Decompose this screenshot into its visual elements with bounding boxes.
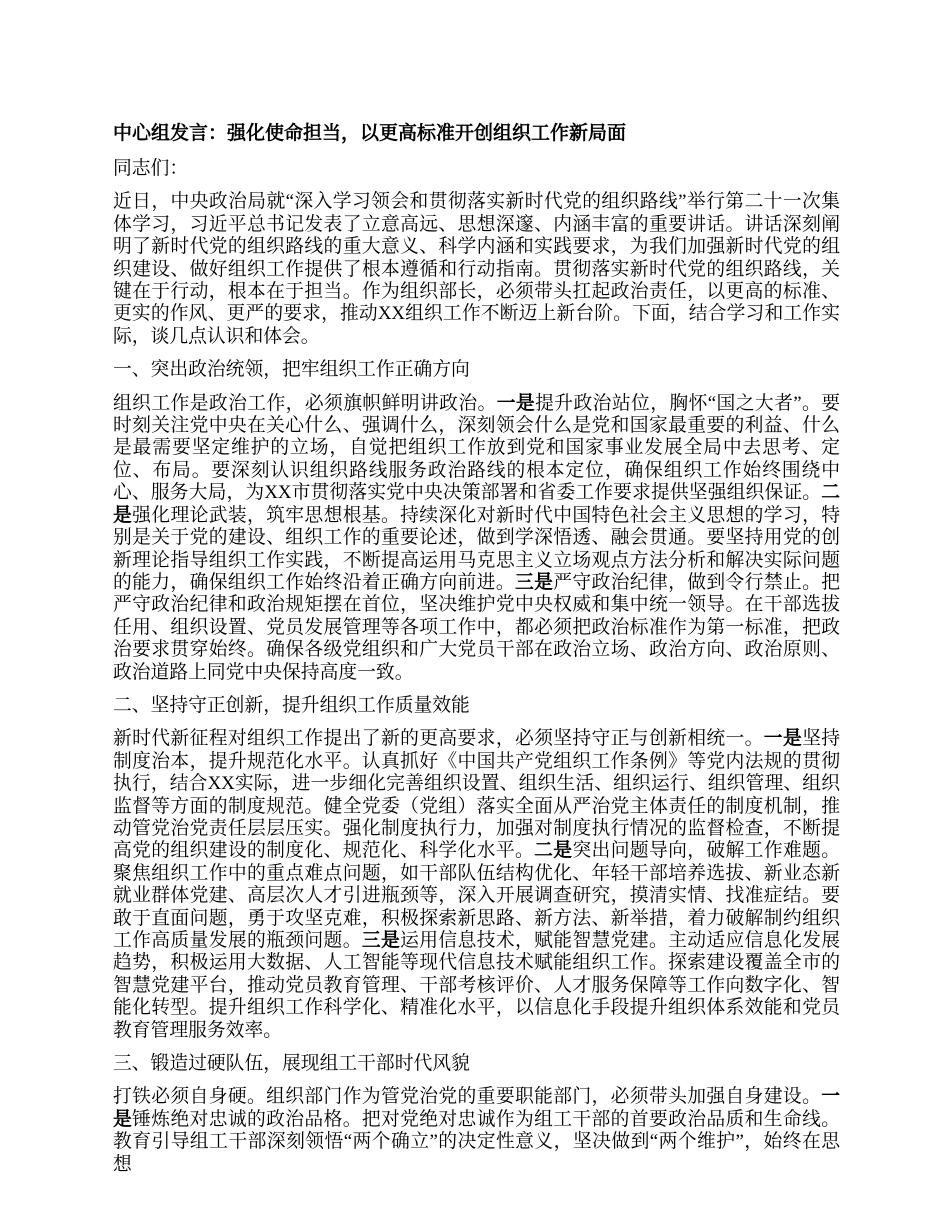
text-run: 打铁必须自身硬。组织部门作为管党治党的重要职能部门，必须带头加强自身建设。 [113,1086,821,1107]
paragraph: 组织工作是政治工作，必须旗帜鲜明讲政治。一是提升政治站位，胸怀“国之大者”。要时… [113,393,840,684]
section-heading: 三、锻造过硬队伍，展现组工干部时代风貌 [113,1053,840,1075]
text-run: 锤炼绝对忠诚的政治品格。把对党绝对忠诚作为组工干部的首要政治品质和生命线。教育引… [113,1109,840,1175]
bold-run: 二是 [534,840,572,861]
text-run: 近日，中央政治局就“深入学习领会和贯彻落实新时代党的组织路线”举行第二十一次集体… [113,191,840,346]
bold-run: 一是 [497,393,535,414]
paragraph: 新时代新征程对组织工作提出了新的更高要求，必须坚持守正与创新相统一。一是坚持制度… [113,728,840,1042]
text-run: 一、突出政治统领，把牢组织工作正确方向 [113,359,470,380]
bold-run: 三是 [362,930,400,951]
text-run: 三、锻造过硬队伍，展现组工干部时代风貌 [113,1053,470,1074]
text-run: 同志们： [113,158,188,179]
bold-run: 一是 [764,728,802,749]
document-page: 中心组发言：强化使命担当，以更高标准开创组织工作新局面 同志们：近日，中央政治局… [113,122,840,1187]
section-heading: 一、突出政治统领，把牢组织工作正确方向 [113,359,840,381]
document-body: 同志们：近日，中央政治局就“深入学习领会和贯彻落实新时代党的组织路线”举行第二十… [113,158,840,1176]
paragraph: 同志们： [113,158,840,180]
text-run: 新时代新征程对组织工作提出了新的更高要求，必须坚持守正与创新相统一。 [113,728,764,749]
text-run: 二、坚持守正创新，提升组织工作质量效能 [113,695,470,716]
paragraph: 近日，中央政治局就“深入学习领会和贯彻落实新时代党的组织路线”举行第二十一次集体… [113,191,840,348]
paragraph: 打铁必须自身硬。组织部门作为管党治党的重要职能部门，必须带头加强自身建设。一是锤… [113,1086,840,1176]
text-run: 组织工作是政治工作，必须旗帜鲜明讲政治。 [113,393,497,414]
bold-run: 三是 [515,572,553,593]
document-title: 中心组发言：强化使命担当，以更高标准开创组织工作新局面 [113,122,840,145]
section-heading: 二、坚持守正创新，提升组织工作质量效能 [113,695,840,717]
